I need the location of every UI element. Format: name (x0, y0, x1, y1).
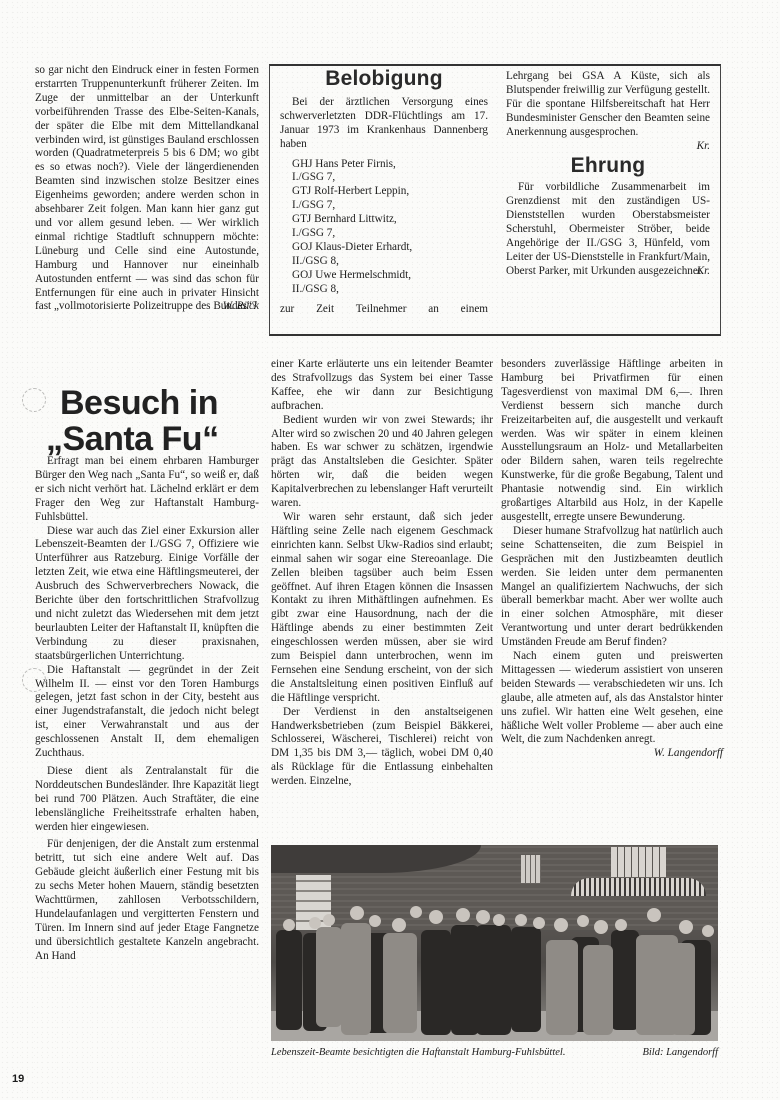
paragraph: Für denjenigen, der die Anstalt zum erst… (35, 838, 259, 963)
belobigung-section: Belobigung Bei der ärztlichen Versorgung… (280, 72, 488, 317)
belobigung-intro: Bei der ärztlichen Versorgung eines schw… (280, 96, 488, 152)
article-headline: Besuch in „Santa Fu“ (60, 385, 219, 457)
photo-caption: Lebenszeit-Beamte besichtigten die Hafta… (271, 1047, 718, 1058)
notices-box: Belobigung Bei der ärztlichen Versorgung… (269, 64, 721, 336)
honoree-unit: I./GSG 7, (292, 227, 488, 241)
honoree-unit: II./GSG 8, (292, 255, 488, 269)
paragraph: so gar nicht den Eindruck einer in feste… (35, 64, 259, 314)
paragraph: Diese dient als Zentralanstalt für die N… (35, 765, 259, 835)
paragraph: Diese war auch das Ziel einer Exkursion … (35, 525, 259, 664)
paragraph: Dieser humane Strafvollzug hat natürlich… (501, 525, 723, 650)
honoree-line: GTJ Rolf-Herbert Leppin, (292, 185, 488, 199)
punch-hole-mark (22, 388, 46, 412)
honoree-line: GOJ Klaus-Dieter Erhardt, (292, 241, 488, 255)
honoree-line: GHJ Hans Peter Firnis, (292, 158, 488, 172)
honoree-line: GOJ Uwe Hermelschmidt, (292, 269, 488, 283)
article-column-3: besonders zuverlässige Häftlinge arbeite… (501, 358, 723, 761)
belobigung-tail: zur Zeit Teilnehmer an einem (280, 303, 488, 317)
photo-group-of-men (271, 845, 718, 1041)
belobigung-author: Kr. (506, 140, 710, 154)
belobigung-continuation-and-ehrung: Lehrgang bei GSA A Küste, sich als Bluts… (506, 70, 710, 279)
paragraph: Die Haftanstalt — gegründet in der Zeit … (35, 664, 259, 761)
paragraph: Erfragt man bei einem ehrbaren Hamburger… (35, 455, 259, 525)
paragraph: einer Karte erläuterte uns ein leitender… (271, 358, 493, 414)
paragraph: Der Verdienst in den anstaltseigenen Han… (271, 706, 493, 789)
ehrung-text: Für vorbildliche Zusammenarbeit im Grenz… (506, 181, 710, 278)
honoree-line: GTJ Bernhard Littwitz, (292, 213, 488, 227)
honoree-list: GHJ Hans Peter Firnis, I./GSG 7, GTJ Rol… (280, 158, 488, 297)
article-column-2: einer Karte erläuterte uns ein leitender… (271, 358, 493, 789)
author-signature: W. Langendorff (501, 747, 723, 761)
headline-line-1: Besuch in (60, 384, 218, 422)
previous-article-continuation: so gar nicht den Eindruck einer in feste… (35, 64, 259, 314)
article-column-1: Erfragt man bei einem ehrbaren Hamburger… (35, 455, 259, 964)
ehrung-title: Ehrung (506, 159, 710, 173)
belobigung-title: Belobigung (280, 72, 488, 86)
paragraph: Wir waren sehr erstaunt, daß sich jeder … (271, 511, 493, 706)
page-number: 19 (12, 1073, 24, 1085)
paragraph: Nach einem guten und preiswerten Mittage… (501, 650, 723, 747)
belobigung-continuation: Lehrgang bei GSA A Küste, sich als Bluts… (506, 70, 710, 140)
honoree-unit: II./GSG 8, (292, 283, 488, 297)
group-photo (271, 845, 718, 1041)
honoree-unit: I./GSG 7, (292, 171, 488, 185)
headline-line-2: „Santa Fu“ (46, 421, 219, 457)
paragraph: Bedient wurden wir von zwei Stewards; ih… (271, 414, 493, 511)
caption-text: Lebenszeit-Beamte besichtigten die Hafta… (271, 1047, 565, 1058)
photo-credit: Bild: Langendorff (642, 1047, 718, 1058)
paragraph: besonders zuverlässige Häftlinge arbeite… (501, 358, 723, 525)
honoree-unit: I./GSG 7, (292, 199, 488, 213)
